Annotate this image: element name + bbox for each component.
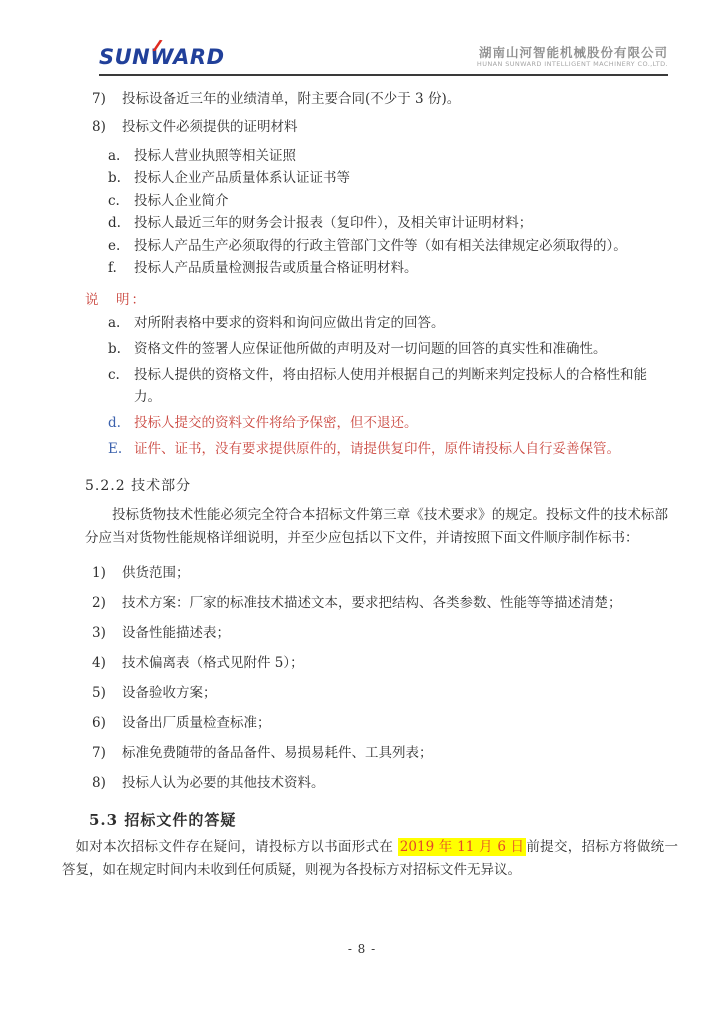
- item-text: 投标人产品生产必须取得的行政主管部门文件等（如有相关法律规定必须取得的）。: [134, 235, 668, 257]
- company-name-en: HUNAN SUNWARD INTELLIGENT MACHINERY CO.,…: [477, 60, 668, 69]
- item-text: 投标人企业产品质量体系认证证书等: [134, 167, 668, 189]
- list-item: b. 资格文件的签署人应保证他所做的声明及对一切问题的回答的真实性和准确性。: [108, 338, 668, 360]
- item-text: 供货范围；: [122, 562, 668, 584]
- top-numbered-list: 7) 投标设备近三年的业绩清单，附主要合同(不少于 3 份)。 8) 投标文件必…: [92, 89, 668, 138]
- item-text: 设备验收方案；: [122, 682, 668, 704]
- item-number: b.: [108, 167, 134, 189]
- item-number: 2): [92, 592, 122, 614]
- item-text: 投标人企业简介: [134, 190, 668, 212]
- item-text: 证件、证书，没有要求提供原件的，请提供复印件，原件请投标人自行妥善保管。: [134, 438, 668, 460]
- certificate-materials-list: a. 投标人营业执照等相关证照 b. 投标人企业产品质量体系认证证书等 c. 投…: [108, 145, 668, 279]
- company-name-cn: 湖南山河智能机械股份有限公司: [477, 45, 668, 60]
- notes-list: a. 对所附表格中要求的资料和询问应做出肯定的回答。 b. 资格文件的签署人应保…: [108, 312, 668, 460]
- item-text: 设备出厂质量检查标准；: [122, 712, 668, 734]
- page-header: SUNWARD 湖南山河智能机械股份有限公司 HUNAN SUNWARD INT…: [99, 45, 668, 76]
- item-number: b.: [108, 338, 134, 360]
- item-text: 投标人营业执照等相关证照: [134, 145, 668, 167]
- item-number: d.: [108, 412, 134, 434]
- sunward-logo-text: SUNWARD: [99, 45, 225, 69]
- item-number: a.: [108, 145, 134, 167]
- item-number: 7): [92, 742, 122, 764]
- item-number: c.: [108, 364, 134, 386]
- list-item: E. 证件、证书，没有要求提供原件的，请提供复印件，原件请投标人自行妥善保管。: [108, 438, 668, 460]
- item-text: 设备性能描述表；: [122, 622, 668, 644]
- item-text: 投标人最近三年的财务会计报表（复印件），及相关审计证明材料；: [134, 212, 668, 234]
- item-text: 技术偏离表（格式见附件 5）；: [122, 652, 668, 674]
- item-number: c.: [108, 190, 134, 212]
- list-item: 7) 投标设备近三年的业绩清单，附主要合同(不少于 3 份)。: [92, 89, 668, 110]
- item-number: a.: [108, 312, 134, 334]
- list-item: 5) 设备验收方案；: [92, 682, 668, 704]
- item-text: 投标人产品质量检测报告或质量合格证明材料。: [134, 257, 668, 279]
- item-text: 投标人提交的资料文件将给予保密，但不退还。: [134, 412, 668, 434]
- list-item: d. 投标人提交的资料文件将给予保密，但不退还。: [108, 412, 668, 434]
- item-text: 资格文件的签署人应保证他所做的声明及对一切问题的回答的真实性和准确性。: [134, 338, 668, 360]
- item-text: 投标设备近三年的业绩清单，附主要合同(不少于 3 份)。: [122, 89, 668, 110]
- list-item: 6) 设备出厂质量检查标准；: [92, 712, 668, 734]
- section-heading-522: 5.2.2 技术部分: [85, 475, 668, 495]
- list-item: e. 投标人产品生产必须取得的行政主管部门文件等（如有相关法律规定必须取得的）。: [108, 235, 668, 257]
- item-number: 8): [92, 117, 122, 138]
- list-item: 8) 投标文件必须提供的证明材料: [92, 117, 668, 138]
- item-number: 8): [92, 772, 122, 794]
- document-page: SUNWARD 湖南山河智能机械股份有限公司 HUNAN SUNWARD INT…: [0, 0, 724, 1024]
- item-text: 标准免费随带的备品备件、易损易耗件、工具列表；: [122, 742, 668, 764]
- list-item: f. 投标人产品质量检测报告或质量合格证明材料。: [108, 257, 668, 279]
- highlighted-date: 2019 年 11 月 6 日: [398, 838, 527, 856]
- list-item: b. 投标人企业产品质量体系认证证书等: [108, 167, 668, 189]
- item-number: 7): [92, 89, 122, 110]
- list-item: d. 投标人最近三年的财务会计报表（复印件），及相关审计证明材料；: [108, 212, 668, 234]
- page-number: - 8 -: [0, 942, 724, 956]
- section-heading-53: 5.3 招标文件的答疑: [89, 809, 668, 830]
- technical-documents-list: 1) 供货范围； 2) 技术方案：厂家的标准技术描述文本，要求把结构、各类参数、…: [92, 562, 668, 794]
- section-522-paragraph: 投标货物技术性能必须完全符合本招标文件第三章《技术要求》的规定。投标文件的技术标…: [85, 504, 668, 550]
- item-number: 4): [92, 652, 122, 674]
- notes-label: 说 明：: [85, 288, 668, 308]
- item-number: E.: [108, 438, 134, 460]
- list-item: c. 投标人企业简介: [108, 190, 668, 212]
- list-item: 3) 设备性能描述表；: [92, 622, 668, 644]
- item-number: 5): [92, 682, 122, 704]
- section-53-paragraph: 如对本次招标文件存在疑问，请投标方以书面形式在 2019 年 11 月 6 日前…: [62, 836, 678, 882]
- item-text: 技术方案：厂家的标准技术描述文本，要求把结构、各类参数、性能等等描述清楚；: [122, 592, 668, 614]
- list-item: 8) 投标人认为必要的其他技术资料。: [92, 772, 668, 794]
- list-item: a. 投标人营业执照等相关证照: [108, 145, 668, 167]
- item-text: 投标人提供的资格文件，将由招标人使用并根据自己的判断来判定投标人的合格性和能力。: [134, 364, 668, 408]
- item-number: d.: [108, 212, 134, 234]
- sunward-logo: SUNWARD: [99, 45, 225, 69]
- item-number: 6): [92, 712, 122, 734]
- item-text: 对所附表格中要求的资料和询问应做出肯定的回答。: [134, 312, 668, 334]
- item-number: e.: [108, 235, 134, 257]
- item-text: 投标人认为必要的其他技术资料。: [122, 772, 668, 794]
- list-item: 4) 技术偏离表（格式见附件 5）；: [92, 652, 668, 674]
- list-item: a. 对所附表格中要求的资料和询问应做出肯定的回答。: [108, 312, 668, 334]
- list-item: 2) 技术方案：厂家的标准技术描述文本，要求把结构、各类参数、性能等等描述清楚；: [92, 592, 668, 614]
- paragraph-text: 如对本次招标文件存在疑问，请投标方以书面形式在: [76, 839, 398, 855]
- item-text: 投标文件必须提供的证明材料: [122, 117, 668, 138]
- list-item: 7) 标准免费随带的备品备件、易损易耗件、工具列表；: [92, 742, 668, 764]
- item-number: f.: [108, 257, 134, 279]
- list-item: c. 投标人提供的资格文件，将由招标人使用并根据自己的判断来判定投标人的合格性和…: [108, 364, 668, 408]
- list-item: 1) 供货范围；: [92, 562, 668, 584]
- company-name-block: 湖南山河智能机械股份有限公司 HUNAN SUNWARD INTELLIGENT…: [477, 45, 668, 69]
- item-number: 3): [92, 622, 122, 644]
- item-number: 1): [92, 562, 122, 584]
